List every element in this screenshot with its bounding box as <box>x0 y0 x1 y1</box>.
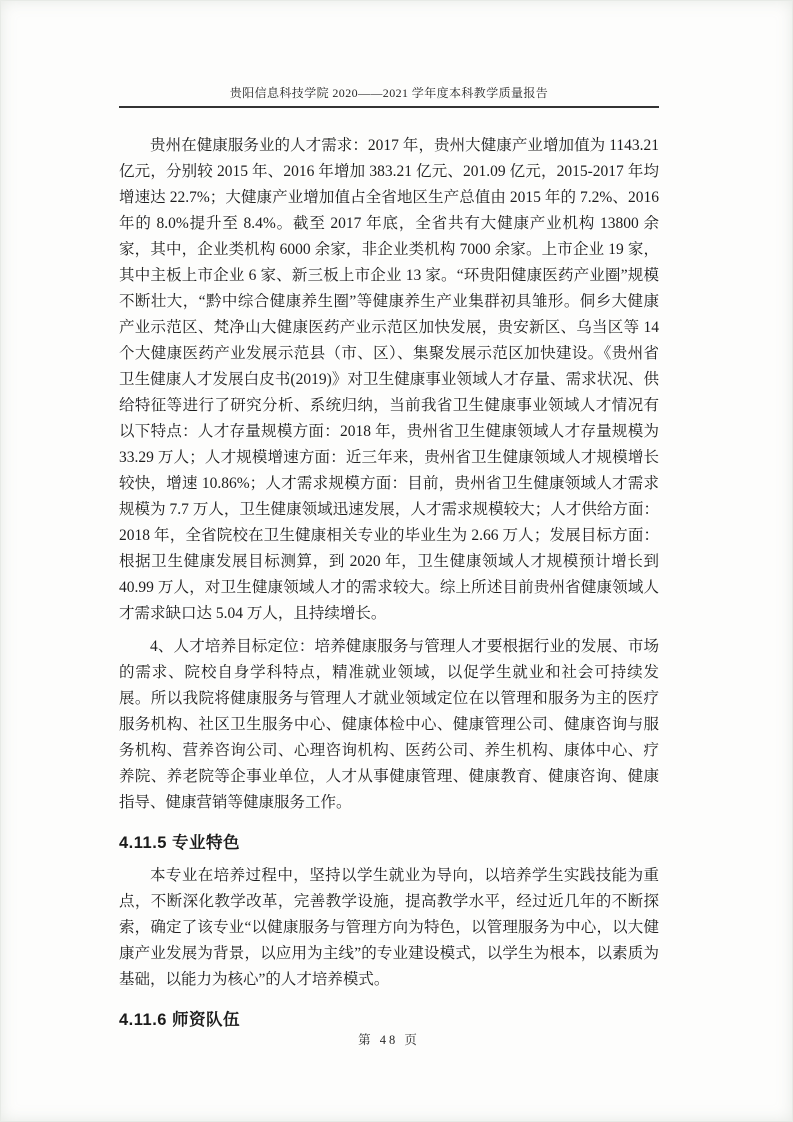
section-heading-major-features: 4.11.5 专业特色 <box>119 829 659 853</box>
section-heading-faculty: 4.11.6 师资队伍 <box>119 1006 659 1030</box>
page-number-footer: 第 48 页 <box>119 1030 659 1048</box>
page-header-title: 贵阳信息科技学院 2020——2021 学年度本科教学质量报告 <box>119 84 659 108</box>
paragraph-talent-demand: 贵州在健康服务业的人才需求：2017 年，贵州大健康产业增加值为 1143.21… <box>119 133 659 627</box>
paragraph-training-goal: 4、人才培养目标定位：培养健康服务与管理人才要根据行业的发展、市场的需求、院校自… <box>119 634 659 816</box>
content-column: 贵阳信息科技学院 2020——2021 学年度本科教学质量报告 贵州在健康服务业… <box>119 0 659 1040</box>
paragraph-major-features: 本专业在培养过程中，坚持以学生就业为导向，以培养学生实践技能为重点，不断深化教学… <box>119 863 659 993</box>
document-page: 贵阳信息科技学院 2020——2021 学年度本科教学质量报告 贵州在健康服务业… <box>0 0 793 1122</box>
document-body: 贵州在健康服务业的人才需求：2017 年，贵州大健康产业增加值为 1143.21… <box>119 133 659 1030</box>
